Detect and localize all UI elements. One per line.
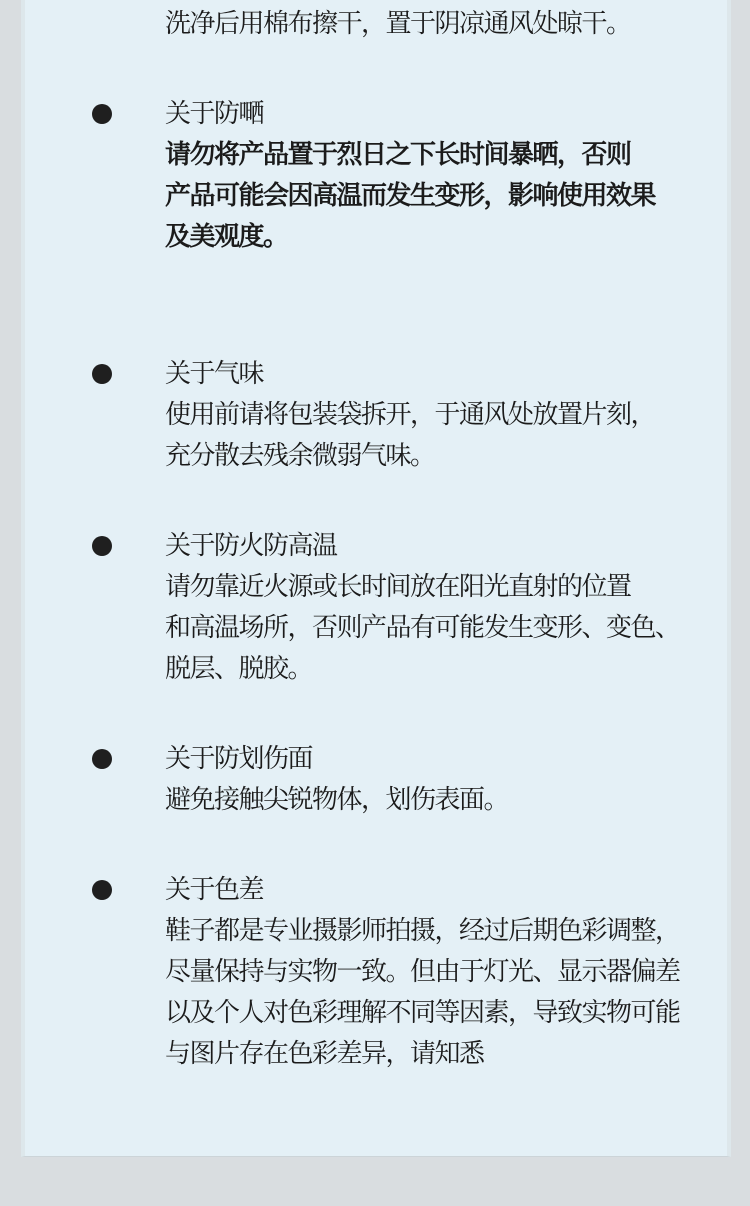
bullet-icon bbox=[92, 749, 112, 769]
care-sections: 关于防嗮 请勿将产品置于烈日之下长时间暴晒，否则产品可能会因高温而发生变形，影响… bbox=[165, 94, 697, 1075]
care-section: 关于防划伤面 避免接触尖锐物体，划伤表面。 bbox=[165, 739, 697, 821]
body-line: 请勿靠近火源或长时间放在阳光直射的位置 bbox=[165, 567, 697, 608]
section-lines: 避免接触尖锐物体，划伤表面。 bbox=[165, 780, 697, 821]
body-line: 请勿将产品置于烈日之下长时间暴晒，否则 bbox=[165, 135, 697, 176]
intro-section: 洗净后用棉布擦干，置于阴凉通风处晾干。 bbox=[165, 4, 697, 45]
body-line: 脱层、脱胶。 bbox=[165, 649, 697, 690]
care-section: 关于气味 使用前请将包装袋拆开，于通风处放置片刻，充分散去残余微弱气味。 bbox=[165, 354, 697, 477]
care-section: 关于防火防高温 请勿靠近火源或长时间放在阳光直射的位置和高温场所，否则产品有可能… bbox=[165, 526, 697, 690]
body-line: 鞋子都是专业摄影师拍摄，经过后期色彩调整， bbox=[165, 911, 697, 952]
care-instructions-content: 洗净后用棉布擦干，置于阴凉通风处晾干。 关于防嗮 请勿将产品置于烈日之下长时间暴… bbox=[25, 0, 727, 1075]
section-lines: 请勿靠近火源或长时间放在阳光直射的位置和高温场所，否则产品有可能发生变形、变色、… bbox=[165, 567, 697, 690]
body-line: 以及个人对色彩理解不同等因素，导致实物可能 bbox=[165, 993, 697, 1034]
bullet-icon bbox=[92, 880, 112, 900]
body-line: 产品可能会因高温而发生变形，影响使用效果 bbox=[165, 176, 697, 217]
care-section: 关于色差 鞋子都是专业摄影师拍摄，经过后期色彩调整，尽量保持与实物一致。但由于灯… bbox=[165, 870, 697, 1075]
intro-line: 洗净后用棉布擦干，置于阴凉通风处晾干。 bbox=[165, 4, 697, 45]
bullet-icon bbox=[92, 364, 112, 384]
section-heading: 关于色差 bbox=[165, 870, 697, 911]
section-heading: 关于防火防高温 bbox=[165, 526, 697, 567]
section-lines: 请勿将产品置于烈日之下长时间暴晒，否则产品可能会因高温而发生变形，影响使用效果及… bbox=[165, 135, 697, 258]
section-lines: 使用前请将包装袋拆开，于通风处放置片刻，充分散去残余微弱气味。 bbox=[165, 395, 697, 477]
body-line: 及美观度。 bbox=[165, 217, 697, 258]
bullet-icon bbox=[92, 536, 112, 556]
body-line: 与图片存在色彩差异，请知悉 bbox=[165, 1034, 697, 1075]
section-heading: 关于气味 bbox=[165, 354, 697, 395]
body-line: 和高温场所，否则产品有可能发生变形、变色、 bbox=[165, 608, 697, 649]
body-line: 尽量保持与实物一致。但由于灯光、显示器偏差 bbox=[165, 952, 697, 993]
bullet-icon bbox=[92, 104, 112, 124]
body-line: 避免接触尖锐物体，划伤表面。 bbox=[165, 780, 697, 821]
section-heading: 关于防嗮 bbox=[165, 94, 697, 135]
body-line: 充分散去残余微弱气味。 bbox=[165, 436, 697, 477]
care-section: 关于防嗮 请勿将产品置于烈日之下长时间暴晒，否则产品可能会因高温而发生变形，影响… bbox=[165, 94, 697, 258]
care-instructions-card: 洗净后用棉布擦干，置于阴凉通风处晾干。 关于防嗮 请勿将产品置于烈日之下长时间暴… bbox=[21, 0, 731, 1157]
section-lines: 鞋子都是专业摄影师拍摄，经过后期色彩调整，尽量保持与实物一致。但由于灯光、显示器… bbox=[165, 911, 697, 1075]
section-heading: 关于防划伤面 bbox=[165, 739, 697, 780]
body-line: 使用前请将包装袋拆开，于通风处放置片刻， bbox=[165, 395, 697, 436]
